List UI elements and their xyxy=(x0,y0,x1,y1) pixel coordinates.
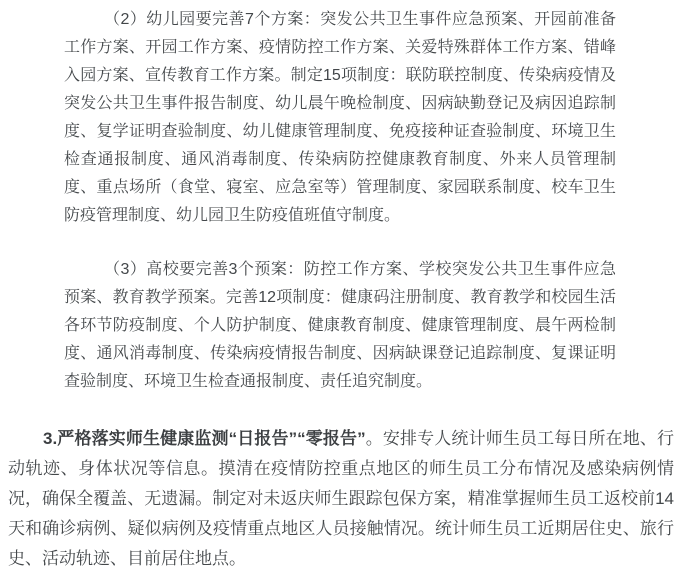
paragraph-college-plans: （3）高校要完善3个预案：防控工作方案、学校突发公共卫生事件应急预案、教育教学预… xyxy=(64,256,616,396)
paragraph-health-monitoring-body: 。安排专人统计师生员工每日所在地、行动轨迹、身体状况等信息。摸清在疫情防控重点地… xyxy=(8,429,674,568)
article-body: （2）幼儿园要完善7个方案：突发公共卫生事件应急预案、开园前准备工作方案、开园工… xyxy=(0,0,682,574)
paragraph-health-monitoring-lead: 3.严格落实师生健康监测“日报告”“零报告” xyxy=(43,429,366,448)
paragraph-health-monitoring: 3.严格落实师生健康监测“日报告”“零报告”。安排专人统计师生员工每日所在地、行… xyxy=(8,424,674,574)
paragraph-kindergarten-plans: （2）幼儿园要完善7个方案：突发公共卫生事件应急预案、开园前准备工作方案、开园工… xyxy=(64,6,616,230)
